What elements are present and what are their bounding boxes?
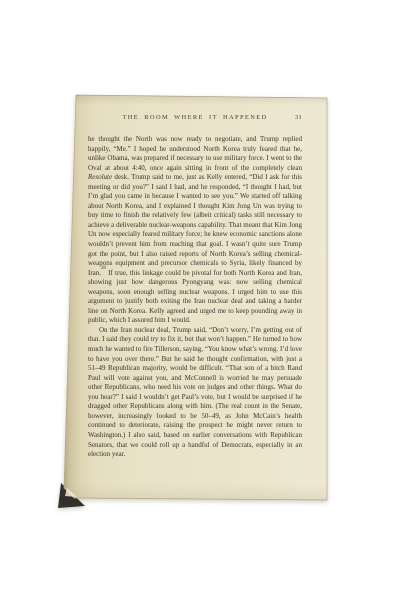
- running-head-title: THE ROOM WHERE IT HAPPENED: [122, 114, 267, 121]
- italic-word-resolute: Resolute: [88, 173, 112, 181]
- photo-background: THE ROOM WHERE IT HAPPENED 31 he thought…: [0, 0, 400, 600]
- paragraph-1-text-a: he thought the North was now ready to ne…: [88, 135, 302, 172]
- footnote-marker: 28: [101, 266, 106, 271]
- page-number: 31: [295, 114, 302, 121]
- body-text: he thought the North was now ready to ne…: [88, 135, 302, 460]
- paragraph-1-text-c: If true, this linkage could be pivotal f…: [88, 269, 302, 325]
- paragraph-1: he thought the North was now ready to ne…: [88, 135, 302, 326]
- page-header: THE ROOM WHERE IT HAPPENED 31: [88, 114, 302, 126]
- paragraph-2: On the Iran nuclear deal, Trump said, “D…: [88, 326, 302, 460]
- paragraph-1-text-b: desk. Trump said to me, just as Kelly en…: [88, 173, 302, 276]
